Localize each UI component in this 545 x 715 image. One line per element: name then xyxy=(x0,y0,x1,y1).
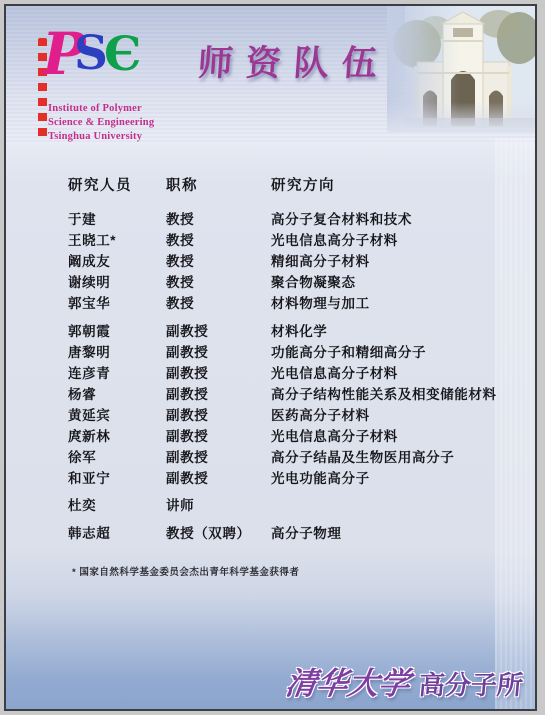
table-row: 庹新林副教授光电信息高分子材料 xyxy=(68,425,521,446)
page-title: 师资队伍 xyxy=(172,36,415,86)
logo-org-line: Science & Engineering xyxy=(48,116,154,130)
faculty-title: 副教授 xyxy=(166,320,271,341)
faculty-direction: 医药高分子材料 xyxy=(271,404,521,425)
table-row: 韩志超教授（双聘）高分子物理 xyxy=(68,522,521,543)
table-row: 唐黎明副教授功能高分子和精细高分子 xyxy=(68,341,521,362)
table-row: 杜奕讲师 xyxy=(68,494,521,515)
logo-org-line: Tsinghua University xyxy=(48,130,154,144)
polymer-institute-logo: 高分子所 xyxy=(417,665,524,702)
faculty-direction: 高分子物理 xyxy=(271,522,521,543)
logo-letters: PSЄ xyxy=(38,32,148,102)
table-row: 阚成友教授精细高分子材料 xyxy=(68,250,521,271)
table-body: 于建教授高分子复合材料和技术王晓工*教授光电信息高分子材料阚成友教授精细高分子材… xyxy=(68,208,521,543)
table-row: 于建教授高分子复合材料和技术 xyxy=(68,208,521,229)
logo-letter-S: S xyxy=(74,30,108,77)
table-row: 郭宝华教授材料物理与加工 xyxy=(68,292,521,313)
faculty-name: 于建 xyxy=(68,208,166,229)
faculty-direction: 光电功能高分子 xyxy=(271,467,521,488)
faculty-direction: 光电信息高分子材料 xyxy=(271,229,521,250)
faculty-direction: 高分子复合材料和技术 xyxy=(271,208,521,229)
table-row: 王晓工*教授光电信息高分子材料 xyxy=(68,229,521,250)
faculty-direction: 功能高分子和精细高分子 xyxy=(271,341,521,362)
faculty-title: 讲师 xyxy=(166,494,271,515)
faculty-direction: 光电信息高分子材料 xyxy=(271,362,521,383)
column-header: 研究人员 xyxy=(68,174,166,200)
logo-letter-E: Є xyxy=(104,31,141,78)
page: PSЄ Institute of PolymerScience & Engine… xyxy=(4,4,537,711)
faculty-direction: 材料物理与加工 xyxy=(271,292,521,313)
faculty-table: 研究人员职称研究方向 于建教授高分子复合材料和技术王晓工*教授光电信息高分子材料… xyxy=(68,174,521,543)
faculty-direction: 材料化学 xyxy=(271,320,521,341)
faculty-direction: 光电信息高分子材料 xyxy=(271,425,521,446)
faculty-direction: 高分子结晶及生物医用高分子 xyxy=(271,446,521,467)
column-header: 研究方向 xyxy=(271,174,521,200)
faculty-direction xyxy=(271,494,521,515)
tsinghua-script-logo: 清华大学 xyxy=(283,658,413,703)
faculty-title: 教授 xyxy=(166,250,271,271)
column-header: 职称 xyxy=(166,174,271,200)
faculty-title: 副教授 xyxy=(166,383,271,404)
faculty-name: 杜奕 xyxy=(68,494,166,515)
faculty-title: 副教授 xyxy=(166,362,271,383)
faculty-title: 教授 xyxy=(166,271,271,292)
faculty-name: 唐黎明 xyxy=(68,341,166,362)
table-row: 连彦青副教授光电信息高分子材料 xyxy=(68,362,521,383)
logo-org: Institute of PolymerScience & Engineerin… xyxy=(48,102,154,144)
table-row: 谢续明教授聚合物凝聚态 xyxy=(68,271,521,292)
faculty-name: 韩志超 xyxy=(68,522,166,543)
faculty-title: 副教授 xyxy=(166,404,271,425)
faculty-title: 副教授 xyxy=(166,467,271,488)
table-header: 研究人员职称研究方向 xyxy=(68,174,521,200)
faculty-title: 教授 xyxy=(166,208,271,229)
faculty-name: 郭朝霞 xyxy=(68,320,166,341)
faculty-title: 副教授 xyxy=(166,446,271,467)
faculty-name: 谢续明 xyxy=(68,271,166,292)
table-row: 和亚宁副教授光电功能高分子 xyxy=(68,467,521,488)
faculty-name: 阚成友 xyxy=(68,250,166,271)
faculty-name: 黄延宾 xyxy=(68,404,166,425)
ipse-logo: PSЄ Institute of PolymerScience & Engine… xyxy=(24,18,184,136)
footnote: * 国家自然科学基金委员会杰出青年科学基金获得者 xyxy=(72,564,299,578)
faculty-title: 教授 xyxy=(166,229,271,250)
logo-org-line: Institute of Polymer xyxy=(48,102,154,116)
faculty-direction: 精细高分子材料 xyxy=(271,250,521,271)
table-row: 徐军副教授高分子结晶及生物医用高分子 xyxy=(68,446,521,467)
faculty-name: 和亚宁 xyxy=(68,467,166,488)
table-row: 黄延宾副教授医药高分子材料 xyxy=(68,404,521,425)
faculty-name: 杨睿 xyxy=(68,383,166,404)
faculty-direction: 高分子结构性能关系及相变储能材料 xyxy=(271,383,521,404)
faculty-name: 王晓工* xyxy=(68,229,166,250)
faculty-name: 郭宝华 xyxy=(68,292,166,313)
faculty-group: 于建教授高分子复合材料和技术王晓工*教授光电信息高分子材料阚成友教授精细高分子材… xyxy=(68,208,521,313)
faculty-title: 副教授 xyxy=(166,425,271,446)
faculty-name: 庹新林 xyxy=(68,425,166,446)
faculty-title: 教授 xyxy=(166,292,271,313)
faculty-name: 连彦青 xyxy=(68,362,166,383)
faculty-group: 郭朝霞副教授材料化学唐黎明副教授功能高分子和精细高分子连彦青副教授光电信息高分子… xyxy=(68,320,521,488)
faculty-title: 副教授 xyxy=(166,341,271,362)
table-row: 杨睿副教授高分子结构性能关系及相变储能材料 xyxy=(68,383,521,404)
faculty-title: 教授（双聘） xyxy=(166,522,271,543)
table-row: 郭朝霞副教授材料化学 xyxy=(68,320,521,341)
faculty-name: 徐军 xyxy=(68,446,166,467)
faculty-group: 杜奕讲师 xyxy=(68,494,521,515)
faculty-direction: 聚合物凝聚态 xyxy=(271,271,521,292)
faculty-group: 韩志超教授（双聘）高分子物理 xyxy=(68,522,521,543)
footer-brand: 清华大学 高分子所 xyxy=(286,658,523,703)
